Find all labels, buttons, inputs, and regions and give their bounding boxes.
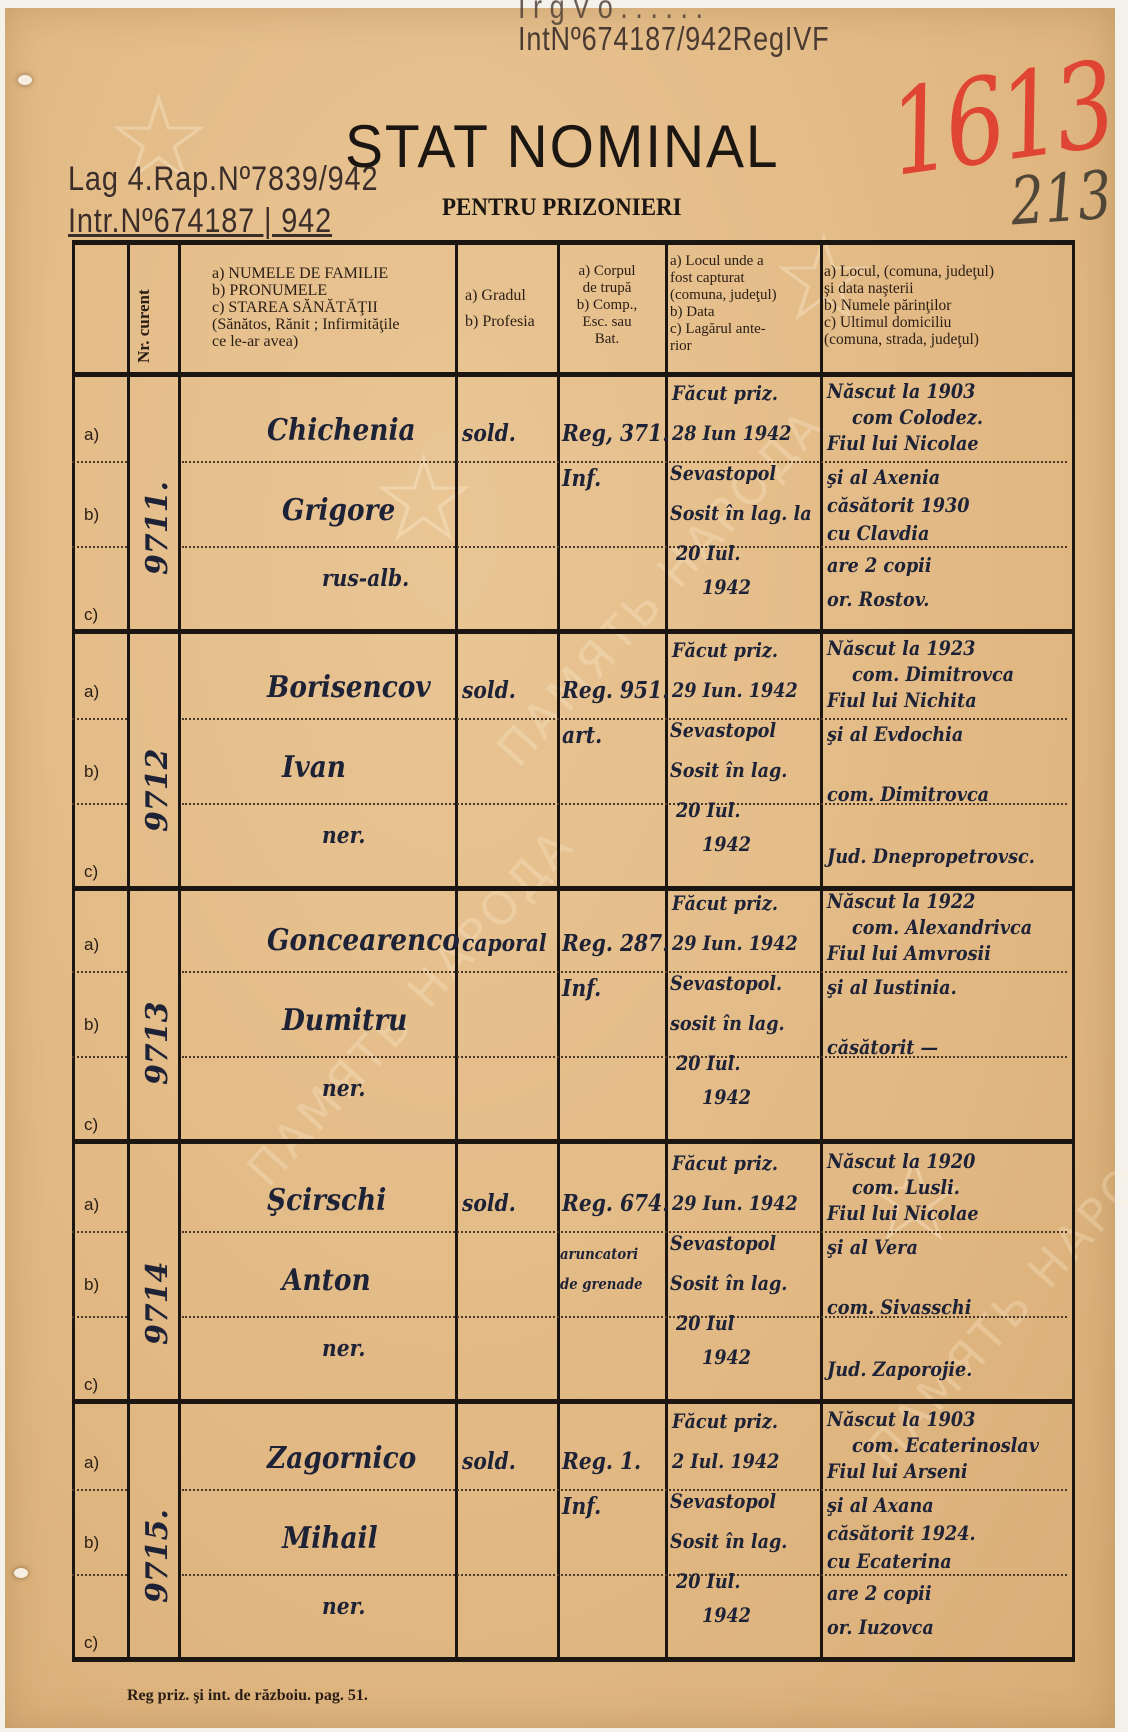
record-bottom-rule <box>72 1139 1075 1144</box>
dotted-separator <box>182 461 1067 463</box>
row-label-b: b) <box>84 1275 99 1295</box>
header-capture-line: a) Locul unde a <box>670 253 820 270</box>
birth-line: căsătorit 1924. <box>827 1521 976 1545</box>
header-capture-line: fost capturat <box>670 270 820 287</box>
birth-line: Născut la 1903 <box>827 379 975 403</box>
header-name: a) NUMELE DE FAMILIEb) PRONUMELEc) STARE… <box>212 265 400 350</box>
dotted-separator <box>72 1574 127 1576</box>
health-status: ner. <box>322 1593 365 1620</box>
record-number: 9715. <box>140 1509 175 1603</box>
capture-line: 2 Iul. 1942 <box>672 1449 779 1473</box>
surname: Şcirschi <box>267 1183 386 1218</box>
unit-line: Inf. <box>562 1493 601 1520</box>
dotted-separator <box>72 1489 127 1491</box>
unit-line: Reg. 287. <box>562 930 669 957</box>
capture-line: 1942 <box>702 832 751 856</box>
header-rule <box>72 240 1075 245</box>
dotted-separator <box>72 1316 127 1318</box>
header-rank-line: a) Gradul <box>465 283 535 309</box>
column-divider <box>72 245 75 1660</box>
capture-line: 29 Iun. 1942 <box>672 1191 798 1215</box>
capture-line: Sosit în lag. la <box>670 501 812 525</box>
birth-line: Fiul lui Nicolae <box>827 1201 979 1225</box>
page-subtitle: PENTRU PRIZONIERI <box>442 194 682 222</box>
surname: Borisencov <box>267 670 431 705</box>
surname: Goncearenco <box>267 923 460 958</box>
birth-line: şi al Vera <box>827 1235 918 1259</box>
column-divider <box>820 245 823 1660</box>
column-divider <box>1072 245 1075 1660</box>
header-name-line: a) NUMELE DE FAMILIE <box>212 265 400 282</box>
row-label-a: a) <box>84 1453 99 1473</box>
capture-line: 1942 <box>702 575 751 599</box>
capture-line: 20 Iul. <box>676 1569 740 1593</box>
row-label-a: a) <box>84 682 99 702</box>
row-label-b: b) <box>84 1533 99 1553</box>
header-birth-line: c) Ultimul domiciliu <box>824 314 1039 331</box>
birth-line: Fiul lui Amvrosii <box>827 941 991 965</box>
birth-line: com. Dimitrovca <box>852 662 1014 686</box>
header-unit-line: Esc. sau <box>562 314 652 331</box>
capture-line: 29 Iun. 1942 <box>672 931 798 955</box>
first-name: Mihail <box>282 1521 378 1556</box>
record-bottom-rule <box>72 1657 1075 1662</box>
page-title: STAT NOMINAL <box>345 112 780 181</box>
birth-line: com Colodez. <box>852 405 983 429</box>
header-name-line: (Sănătos, Rănit ; Infirmităţile <box>212 316 400 333</box>
dotted-separator <box>72 971 127 973</box>
first-name: Ivan <box>282 750 346 785</box>
birth-line: Jud. Zaporojie. <box>827 1357 972 1381</box>
birth-line: Fiul lui Arseni <box>827 1459 968 1483</box>
capture-line: Sosit în lag. <box>670 1529 787 1553</box>
row-label-b: b) <box>84 1015 99 1035</box>
capture-line: Făcut priz. <box>672 1409 778 1433</box>
dotted-separator <box>72 803 127 805</box>
unit-line: Inf. <box>562 465 601 492</box>
record-bottom-rule <box>72 1399 1075 1404</box>
first-name: Grigore <box>282 493 395 528</box>
capture-line: 20 Iul. <box>676 798 740 822</box>
rank: sold. <box>462 1448 516 1475</box>
unit-line: aruncatori <box>560 1245 638 1263</box>
first-name: Dumitru <box>282 1003 407 1038</box>
birth-line: are 2 copii <box>827 553 932 577</box>
dotted-separator <box>72 718 127 720</box>
unit-line: art. <box>562 722 602 749</box>
dotted-separator <box>72 1056 127 1058</box>
birth-line: com. Dimitrovca <box>827 782 989 806</box>
capture-line: Sevastopol <box>670 1489 776 1513</box>
header-capture-line: rior <box>670 338 820 355</box>
column-divider <box>178 245 181 1660</box>
dotted-separator <box>72 461 127 463</box>
birth-line: com. Sivasschi <box>827 1295 971 1319</box>
health-status: ner. <box>322 1075 365 1102</box>
birth-line: Jud. Dnepropetrovsc. <box>827 844 1035 868</box>
header-unit-line: b) Comp., <box>562 297 652 314</box>
header-name-line: b) PRONUMELE <box>212 282 400 299</box>
row-label-a: a) <box>84 935 99 955</box>
birth-line: şi al Iustinia. <box>827 975 957 999</box>
row-label-c: c) <box>84 1375 98 1395</box>
unit-line: Reg. 1. <box>562 1448 641 1475</box>
dotted-separator <box>182 718 1067 720</box>
rank: sold. <box>462 677 516 704</box>
header-bottom-rule <box>72 372 1075 377</box>
header-birth: a) Locul, (comuna, judeţul)şi data naşte… <box>824 263 1039 348</box>
unit-line: Reg. 951. <box>562 677 669 704</box>
capture-line: 20 Iul. <box>676 1051 740 1075</box>
header-rank-line: b) Profesia <box>465 309 535 335</box>
birth-line: are 2 copii <box>827 1581 932 1605</box>
header-name-line: ce le-ar avea) <box>212 333 400 350</box>
capture-line: 20 Iul. <box>676 541 740 565</box>
unit-line: de grenade <box>560 1275 643 1293</box>
header-birth-line: şi data naşterii <box>824 280 1039 297</box>
header-unit-line: Bat. <box>562 331 652 348</box>
birth-line: com. Alexandrivca <box>852 915 1032 939</box>
row-label-a: a) <box>84 1195 99 1215</box>
capture-line: Sevastopol <box>670 461 776 485</box>
header-capture-line: b) Data <box>670 304 820 321</box>
dotted-separator <box>72 1231 127 1233</box>
capture-line: Sosit în lag. <box>670 1271 787 1295</box>
health-status: ner. <box>322 1335 365 1362</box>
birth-line: Născut la 1903 <box>827 1407 975 1431</box>
birth-line: or. Iuzovca <box>827 1615 934 1639</box>
dotted-separator <box>182 1231 1067 1233</box>
header-name-line: c) STAREA SĂNĂTĂŢII <box>212 299 400 316</box>
surname: Zagornico <box>267 1441 416 1476</box>
rank: caporal <box>462 930 547 957</box>
header-capture-line: c) Lagărul ante- <box>670 321 820 338</box>
birth-line: Născut la 1920 <box>827 1149 975 1173</box>
binding-hole <box>14 1568 28 1578</box>
header-birth-line: (comuna, strada, judeţul) <box>824 331 1039 348</box>
header-capture-line: (comuna, judeţul) <box>670 287 820 304</box>
dotted-separator <box>72 546 127 548</box>
header-capture: a) Locul unde afost capturat(comuna, jud… <box>670 253 820 355</box>
dotted-separator <box>182 546 1067 548</box>
header-unit-line: a) Corpul <box>562 263 652 280</box>
record-bottom-rule <box>72 629 1075 634</box>
health-status: ner. <box>322 822 365 849</box>
capture-line: Sosit în lag. <box>670 758 787 782</box>
column-divider <box>557 245 560 1660</box>
capture-line: Făcut priz. <box>672 1151 778 1175</box>
row-label-a: a) <box>84 425 99 445</box>
header-rank: a) Gradulb) Profesia <box>465 283 535 335</box>
first-name: Anton <box>282 1263 371 1298</box>
binding-hole <box>18 75 32 85</box>
birth-line: Fiul lui Nichita <box>827 688 977 712</box>
header-birth-line: a) Locul, (comuna, judeţul) <box>824 263 1039 280</box>
row-label-c: c) <box>84 1115 98 1135</box>
row-label-c: c) <box>84 605 98 625</box>
capture-line: 28 Iun 1942 <box>672 421 792 445</box>
birth-line: căsătorit 1930 <box>827 493 970 517</box>
capture-line: 1942 <box>702 1603 751 1627</box>
header-unit: a) Corpulde trupăb) Comp.,Esc. sauBat. <box>562 263 652 348</box>
capture-line: Sevastopol <box>670 1231 776 1255</box>
capture-line: 29 Iun. 1942 <box>672 678 798 702</box>
record-number: 9711. <box>140 481 175 575</box>
unit-line: Reg, 371. <box>562 420 669 447</box>
capture-line: Sevastopol. <box>670 971 782 995</box>
capture-line: Făcut priz. <box>672 638 778 662</box>
unit-line: Reg. 674. <box>562 1190 669 1217</box>
header-unit-line: de trupă <box>562 280 652 297</box>
surname: Chichenia <box>267 413 416 448</box>
column-divider <box>127 245 130 1660</box>
birth-line: căsătorit — <box>827 1035 938 1059</box>
birth-line: com. Ecaterinoslav <box>852 1433 1039 1457</box>
dotted-separator <box>182 1574 1067 1576</box>
birth-line: or. Rostov. <box>827 587 929 611</box>
row-label-c: c) <box>84 1633 98 1653</box>
record-number: 9714 <box>140 1262 175 1346</box>
row-label-c: c) <box>84 862 98 882</box>
lag-report-stamp: Lag 4.Rap.Nº7839/942 <box>68 160 378 199</box>
page-footer: Reg priz. şi int. de războiu. pag. 51. <box>127 1687 368 1705</box>
intr-number-stamp: Intr.Nº674187 | 942 <box>68 202 332 241</box>
row-label-b: b) <box>84 762 99 782</box>
birth-line: şi al Axenia <box>827 465 940 489</box>
registry-stamp: IntNº674187/942RegIVF <box>518 20 829 58</box>
capture-line: 1942 <box>702 1345 751 1369</box>
rank: sold. <box>462 420 516 447</box>
birth-line: cu Clavdia <box>827 521 929 545</box>
capture-line: Sevastopol <box>670 718 776 742</box>
capture-line: 20 Iul <box>676 1311 734 1335</box>
rank: sold. <box>462 1190 516 1217</box>
birth-line: Născut la 1922 <box>827 889 975 913</box>
birth-line: cu Ecaterina <box>827 1549 952 1573</box>
capture-line: Făcut priz. <box>672 891 778 915</box>
capture-line: sosit în lag. <box>670 1011 785 1035</box>
dotted-separator <box>182 1489 1067 1491</box>
birth-line: Născut la 1923 <box>827 636 975 660</box>
dotted-separator <box>182 971 1067 973</box>
capture-line: 1942 <box>702 1085 751 1109</box>
birth-line: com. Lusli. <box>852 1175 960 1199</box>
row-label-b: b) <box>84 505 99 525</box>
birth-line: şi al Axana <box>827 1493 934 1517</box>
health-status: rus-alb. <box>322 565 409 592</box>
capture-line: Făcut priz. <box>672 381 778 405</box>
birth-line: şi al Evdochia <box>827 722 963 746</box>
header-birth-line: b) Numele părinţilor <box>824 297 1039 314</box>
birth-line: Fiul lui Nicolae <box>827 431 979 455</box>
pencil-page-number: 213 <box>1008 157 1114 241</box>
unit-line: Inf. <box>562 975 601 1002</box>
header-nr-curent: Nr. curent <box>134 263 174 363</box>
record-number: 9713 <box>140 1002 175 1086</box>
record-number: 9712 <box>140 749 175 833</box>
